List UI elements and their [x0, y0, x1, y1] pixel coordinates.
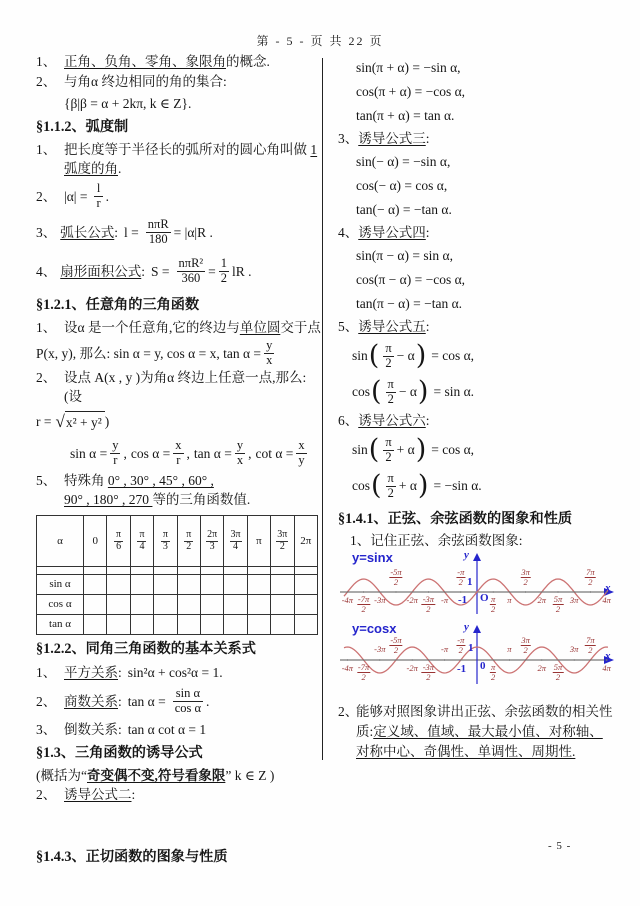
table-header-row: α 0π6π4π3π22π33π4π3π22π: [37, 516, 318, 567]
function-name: cos: [352, 478, 370, 494]
item-number: 3、: [36, 223, 56, 242]
note-line: (概括为“奇变偶不变,符号看象限” k ∈ Z ): [36, 766, 322, 785]
underlined-term: 扇形面积公式: [60, 262, 141, 281]
item-number: 2、: [338, 700, 358, 720]
table-cell: [224, 567, 247, 575]
section-heading-1-1-2: §1.1.2、弧度制: [36, 118, 322, 137]
tick-label: -3π2: [422, 595, 435, 614]
table-row: tan α: [37, 615, 318, 635]
item-number: 2、: [36, 692, 56, 711]
axis-tick-dot: [411, 659, 413, 661]
fraction: π2: [490, 595, 496, 614]
radicand: x² + y²: [65, 411, 105, 432]
axis-tick-dot: [444, 591, 446, 593]
fraction: 3π2: [520, 636, 531, 655]
underlined-term: 单位圆: [240, 320, 281, 335]
fraction: 2π3: [206, 530, 218, 552]
fraction: -3π2: [422, 595, 435, 614]
table-cell: [84, 567, 107, 575]
fraction: 3π2: [276, 530, 288, 552]
table-cell: [247, 575, 270, 595]
table-col-header: 3π2: [271, 516, 294, 567]
formula-line: cos(π2+ α)= −sin α.: [338, 468, 614, 504]
tick-label: -7π2: [357, 595, 370, 614]
page-header: 第 - 5 - 页 共 22 页: [0, 32, 640, 49]
list-item: 1、设α 是一个任意角,它的终边与单位圆交于点: [36, 318, 322, 337]
table-cell: [130, 567, 153, 575]
axis-tick-dot: [557, 591, 559, 593]
colon: :: [118, 722, 122, 737]
underlined-term: 奇变偶不变,符号看象限: [87, 768, 225, 783]
table-col-header: π3: [154, 516, 177, 567]
formula-line: cos(π − α) = −cos α,: [338, 268, 614, 292]
tick-label: 7π2: [585, 568, 596, 587]
max-value-label: 1: [468, 643, 474, 654]
formula-lhs: r =: [36, 412, 51, 431]
term-label: 倒数关系: [64, 722, 118, 737]
page-number-footer: - 5 -: [548, 840, 571, 852]
formula-text: sin(− α) = −sin α,: [356, 154, 450, 170]
list-item: 3、倒数关系:tan α cot α = 1: [36, 720, 322, 739]
underlined-term: 平方关系: [64, 665, 118, 680]
fraction: π2: [184, 530, 193, 552]
underlined-term: 弧长公式: [60, 223, 114, 242]
tick-label: -2π: [407, 596, 418, 605]
left-column: 1、正角、负角、零角、象限角的概念. 2、与角α 终边相同的角的集合: {β|β…: [36, 52, 322, 870]
function-name: sin: [352, 348, 368, 364]
formula-line: sin(π + α) = −sin α,: [338, 56, 614, 80]
formula-line: 2、 |α| = lr .: [36, 179, 322, 213]
formula-tail: .: [206, 692, 209, 711]
formula-text: cos α =: [131, 444, 170, 463]
formula-rhs: lR .: [232, 262, 252, 281]
tick-label: -3π: [374, 596, 385, 605]
axis-tick-dot: [525, 591, 527, 593]
item-number: 5、: [36, 471, 56, 490]
table-cell: [224, 615, 247, 635]
axis-tick-dot: [363, 659, 365, 661]
note-text: ” k ∈ Z ): [225, 768, 274, 783]
item-text: 的概念.: [226, 54, 270, 69]
formula-line: tan(π + α) = tan α.: [338, 104, 614, 128]
sine-graph: y=sinx y x O 1 -1 -4π-7π2-3π-5π2-2π-3π2-…: [338, 552, 616, 622]
fraction: sin αcos α: [173, 687, 203, 714]
formula-line: 2、 商数关系: tan α = sin αcos α .: [36, 683, 322, 719]
axis-tick-dot: [460, 659, 462, 661]
table-cell: [224, 575, 247, 595]
tick-label: -5π2: [389, 568, 402, 587]
axis-tick-dot: [573, 591, 575, 593]
tick-label: π2: [490, 663, 496, 682]
underlined-term: 定义域、值域、最大最小值、对称轴、对称中心、奇偶性、单调性、周期性.: [356, 724, 603, 759]
colon: :: [141, 262, 145, 281]
list-item: 2、与角α 终边相同的角的集合:: [36, 72, 322, 91]
formula-tail: .: [106, 187, 109, 206]
formula-text: sin α =: [70, 444, 107, 463]
underlined-term: 诱导公式四: [358, 225, 426, 240]
formula-text: tan(π − α) = −tan α.: [356, 296, 462, 312]
table-col-header: π6: [107, 516, 130, 567]
tick-label: 2π: [538, 664, 547, 673]
formula-text: sin²α + cos²α = 1.: [128, 665, 223, 680]
item-number: 3、: [338, 131, 358, 146]
item-number: 4、: [338, 225, 358, 240]
table-row: cos α: [37, 595, 318, 615]
axis-tick-dot: [444, 659, 446, 661]
axis-tick-dot: [428, 591, 430, 593]
table-cell: [107, 575, 130, 595]
underlined-term: 0° , 30° , 45° , 60° ,: [108, 473, 214, 488]
table-cell: [130, 575, 153, 595]
formula-line: sin α =yr, cos α =xr, tan α =yx, cot α =…: [36, 435, 322, 471]
formula-rhs: = cos α,: [431, 348, 474, 364]
formula-line: cos(π + α) = −cos α,: [338, 80, 614, 104]
axis-tick-dot: [395, 591, 397, 593]
x-axis-label: x: [605, 651, 611, 662]
axis-tick-dot: [379, 659, 381, 661]
axis-tick-dot: [395, 659, 397, 661]
item-number: 2、: [36, 187, 56, 206]
fraction: -7π2: [357, 595, 370, 614]
formula-mid: − α: [399, 384, 417, 400]
formula-rhs: = |α|R .: [174, 223, 213, 242]
list-item: 6、诱导公式六:: [338, 410, 614, 432]
item-number: 4、: [36, 262, 56, 281]
table-cell: [177, 575, 200, 595]
section-heading-1-4-3: §1.4.3、正切函数的图象与性质: [36, 848, 322, 867]
formula-text: cos(π − α) = −cos α,: [356, 272, 465, 288]
axis-tick-dot: [525, 659, 527, 661]
table-cell: [247, 567, 270, 575]
fraction: yr: [110, 439, 120, 466]
fraction: 7π2: [585, 568, 596, 587]
axis-tick-dot: [509, 591, 511, 593]
tick-label: -5π2: [389, 636, 402, 655]
fraction: π2: [386, 472, 396, 499]
formula-rhs: = cos α,: [431, 442, 474, 458]
min-value-label: -1: [457, 664, 466, 675]
fraction: -7π2: [357, 663, 370, 682]
axis-tick-dot: [492, 591, 494, 593]
tick-label: 3π2: [520, 568, 531, 587]
column-divider: [322, 58, 323, 760]
fraction: 3π4: [230, 530, 242, 552]
table-cell: [200, 567, 223, 575]
fraction: 12: [219, 257, 229, 284]
table-col-header: 0: [84, 516, 107, 567]
formula-lhs: |α| =: [64, 187, 87, 206]
axis-tick-dot: [509, 659, 511, 661]
tick-label: -4π: [342, 664, 353, 673]
item-number: 1、: [36, 140, 56, 159]
table-cell: [200, 615, 223, 635]
tick-label: -π: [441, 645, 448, 654]
item-text: .: [118, 161, 121, 176]
colon: :: [132, 787, 136, 802]
fraction: 5π2: [553, 663, 564, 682]
origin-label: 0: [480, 661, 486, 672]
formula-tail: ): [105, 412, 110, 431]
set-formula: {β|β = α + 2kπ, k ∈ Z}.: [64, 96, 191, 111]
tick-label: 3π: [570, 645, 579, 654]
axis-tick-dot: [347, 659, 349, 661]
separator: ,: [123, 444, 126, 463]
table-cell: [107, 615, 130, 635]
formula-mid: + α: [399, 478, 417, 494]
table-col-header: 2π3: [200, 516, 223, 567]
tick-label: 5π2: [553, 595, 564, 614]
colon: :: [426, 131, 430, 146]
list-item: 2、能够对照图象讲出正弦、余弦函数的相关性质:定义域、值域、最大最小值、对称轴、…: [338, 700, 614, 760]
formula-line: sin(− α) = −sin α,: [338, 150, 614, 174]
axis-tick-dot: [541, 659, 543, 661]
underlined-term: 诱导公式五: [358, 319, 426, 334]
fraction: -5π2: [389, 636, 402, 655]
fraction: π4: [137, 530, 146, 552]
item-number: 1、: [36, 52, 56, 71]
formula-text: cos(− α) = cos α,: [356, 178, 447, 194]
formula-rhs: = −sin α.: [433, 478, 481, 494]
tick-label: 2π: [538, 596, 547, 605]
colon: :: [114, 223, 118, 242]
formula-line: tan(π − α) = −tan α.: [338, 292, 614, 316]
underlined-term: 商数关系: [64, 692, 118, 711]
row-label: tan α: [37, 615, 84, 635]
list-item: 3、诱导公式三:: [338, 128, 614, 150]
fraction: π6: [114, 530, 123, 552]
formula-rhs: = sin α.: [433, 384, 474, 400]
table-cell: [294, 575, 317, 595]
formula-text: P(x, y), 那么: sin α = y, cos α = x, tan α…: [36, 344, 261, 363]
table-cell: [271, 595, 294, 615]
formula-line: r = √x² + y² ): [36, 407, 322, 435]
min-value-label: -1: [458, 595, 467, 606]
item-number: 2、: [36, 368, 56, 387]
underlined-term: 90° , 180° , 270: [64, 492, 152, 507]
list-item: 5、特殊角 0° , 30° , 45° , 60° , 90° , 180° …: [36, 471, 322, 509]
table-cell: [177, 567, 200, 575]
tick-label: -4π: [342, 596, 353, 605]
table-cell: [177, 595, 200, 615]
axis-tick-dot: [347, 591, 349, 593]
formula-line: {β|β = α + 2kπ, k ∈ Z}.: [64, 94, 322, 113]
formula-lhs: tan α =: [128, 692, 166, 711]
table-cell: [84, 595, 107, 615]
tick-label: π: [507, 645, 511, 654]
trig-values-table: α 0π6π4π3π22π33π4π3π22π sin α cos α tan …: [36, 515, 318, 635]
sqrt-icon: √: [55, 412, 64, 431]
item-number: 2、: [36, 72, 56, 91]
formula-text: sin(π − α) = sin α,: [356, 248, 453, 264]
formula-text: tan(π + α) = tan α.: [356, 108, 454, 124]
tick-label: π2: [490, 595, 496, 614]
list-item: 1、正角、负角、零角、象限角的概念.: [36, 52, 322, 71]
fraction: π3: [161, 530, 170, 552]
table-cell: [271, 575, 294, 595]
table-cell: [247, 615, 270, 635]
formula-line: 3、 弧长公式: l = nπR180 = |α|R .: [36, 214, 322, 250]
axis-tick-dot: [590, 591, 592, 593]
formula-line: 4、 扇形面积公式: S = nπR²360 = 12 lR .: [36, 251, 322, 291]
item-text: 交于点: [280, 320, 321, 335]
table-cell: [130, 595, 153, 615]
row-label: cos α: [37, 595, 84, 615]
fraction: nπR180: [146, 218, 171, 245]
item-number: 5、: [338, 319, 358, 334]
axis-tick-dot: [557, 659, 559, 661]
list-item: 2、诱导公式二:: [36, 785, 322, 804]
table-cell: [154, 595, 177, 615]
item-text: 特殊角: [64, 473, 108, 488]
tick-label: 3π: [570, 596, 579, 605]
formula-text: cos(π + α) = −cos α,: [356, 84, 465, 100]
table-cell: [84, 615, 107, 635]
table-cell: [294, 595, 317, 615]
table-cell: [84, 575, 107, 595]
table-cell: [154, 615, 177, 635]
axis-tick-dot: [492, 659, 494, 661]
table-cell: [177, 615, 200, 635]
fraction: lr: [94, 182, 102, 209]
max-value-label: 1: [467, 577, 473, 588]
fraction: -π2: [456, 568, 465, 587]
tick-label: 7π2: [585, 636, 596, 655]
formula-line: sin(π2− α)= cos α,: [338, 338, 614, 374]
table-row: sin α: [37, 575, 318, 595]
item-text: 等的三角函数值.: [152, 492, 250, 507]
fraction: 7π2: [585, 636, 596, 655]
table-cell: [271, 567, 294, 575]
fraction: -3π2: [422, 663, 435, 682]
section-heading-1-3: §1.3、三角函数的诱导公式: [36, 744, 322, 763]
colon: :: [118, 665, 122, 680]
table-cell: [107, 567, 130, 575]
table-col-header: π2: [177, 516, 200, 567]
table-col-header: 2π: [294, 516, 317, 567]
colon: :: [118, 692, 122, 711]
section-heading-1-2-1: §1.2.1、任意角的三角函数: [36, 296, 322, 315]
item-text: 设α 是一个任意角,它的终边与: [64, 320, 240, 335]
formula-line: sin(π − α) = sin α,: [338, 244, 614, 268]
formula-text: tan α cot α = 1: [128, 722, 206, 737]
axis-tick-dot: [590, 659, 592, 661]
fraction: π2: [386, 378, 396, 405]
fraction: yx: [235, 439, 245, 466]
underlined-term: 诱导公式二: [64, 787, 132, 802]
axis-tick-dot: [411, 591, 413, 593]
table-cell: [130, 615, 153, 635]
fraction: -π2: [456, 636, 465, 655]
formula-mid: − α: [397, 348, 415, 364]
fraction: 5π2: [553, 595, 564, 614]
formula-text: cot α =: [255, 444, 293, 463]
formula-line: cos(− α) = cos α,: [338, 174, 614, 198]
formula-text: tan α =: [194, 444, 232, 463]
underlined-term: 正角、负角、零角、象限角: [64, 54, 226, 69]
tick-label: π: [507, 596, 511, 605]
note-text: (概括为“: [36, 768, 87, 783]
origin-label: O: [480, 593, 489, 604]
item-number: 1、: [36, 318, 56, 337]
formula-line: tan(− α) = −tan α.: [338, 198, 614, 222]
fraction: -5π2: [389, 568, 402, 587]
fraction: xr: [173, 439, 183, 466]
table-cell: [271, 615, 294, 635]
table-cell: [107, 595, 130, 615]
formula-text: sin(π + α) = −sin α,: [356, 60, 461, 76]
table-cell: [37, 567, 84, 575]
formula-lhs: S =: [151, 262, 170, 281]
table-cell: [154, 575, 177, 595]
axis-tick-dot: [541, 591, 543, 593]
item-number: 6、: [338, 413, 358, 428]
axis-tick-dot: [428, 659, 430, 661]
y-axis-label: y: [464, 622, 469, 633]
tick-label: -2π: [407, 664, 418, 673]
item-number: 2、: [36, 785, 56, 804]
table-spacer-row: [37, 567, 318, 575]
tick-label: -3π2: [422, 663, 435, 682]
y-axis-arrow: [473, 625, 481, 633]
tick-label: 4π: [602, 596, 611, 605]
tick-label: -7π2: [357, 663, 370, 682]
underlined-term: 诱导公式三: [358, 131, 426, 146]
table-cell: [294, 567, 317, 575]
formula-mid: + α: [397, 442, 415, 458]
fraction: π2: [383, 342, 393, 369]
table-col-header: π4: [130, 516, 153, 567]
item-number: 3、: [36, 720, 56, 739]
list-item: 4、诱导公式四:: [338, 222, 614, 244]
item-text: 把长度等于半径长的弧所对的圆心角叫做: [64, 142, 310, 157]
function-name: cos: [352, 384, 370, 400]
colon: :: [426, 413, 430, 428]
y-axis-arrow: [473, 553, 481, 561]
axis-tick-dot: [460, 591, 462, 593]
fraction: yx: [264, 339, 274, 366]
sine-curve-label: y=sinx: [352, 551, 393, 565]
underlined-term: 诱导公式六: [358, 413, 426, 428]
tick-label: -π2: [456, 636, 465, 655]
equals-sign: =: [208, 262, 216, 281]
list-item: 1、平方关系:sin²α + cos²α = 1.: [36, 663, 322, 682]
separator: ,: [187, 444, 190, 463]
fraction: π2: [490, 663, 496, 682]
document-page: { "header": {"page_info": "第 - 5 - 页 共 2…: [0, 0, 640, 906]
section-heading-1-4-1: §1.4.1、正弦、余弦函数的图象和性质: [338, 508, 614, 528]
section-heading-1-2-2: §1.2.2、同角三角函数的基本关系式: [36, 640, 322, 659]
item-text: 设点 A(x , y )为角α 终边上任意一点,那么:(设: [64, 370, 306, 404]
colon: :: [426, 225, 430, 240]
separator: ,: [248, 444, 251, 463]
fraction: xy: [296, 439, 306, 466]
list-item: 2、设点 A(x , y )为角α 终边上任意一点,那么:(设: [36, 368, 322, 406]
formula-line: sin(π2+ α)= cos α,: [338, 432, 614, 468]
row-label: sin α: [37, 575, 84, 595]
tick-label: 4π: [602, 664, 611, 673]
tick-label: 3π2: [520, 636, 531, 655]
cosine-curve-label: y=cosx: [352, 622, 396, 636]
y-axis-label: y: [464, 550, 469, 561]
formula-line: P(x, y), 那么: sin α = y, cos α = x, tan α…: [36, 338, 322, 368]
item-text: 与角α 终边相同的角的集合:: [64, 74, 227, 89]
table-cell: [154, 567, 177, 575]
axis-tick-dot: [379, 591, 381, 593]
table-cell: [294, 615, 317, 635]
cosine-graph: y=cosx y x 0 1 -1 -4π-7π2-3π-5π2-2π-3π2-…: [338, 622, 616, 698]
formula-line: cos(π2− α)= sin α.: [338, 374, 614, 410]
tick-label: -3π: [374, 645, 385, 654]
